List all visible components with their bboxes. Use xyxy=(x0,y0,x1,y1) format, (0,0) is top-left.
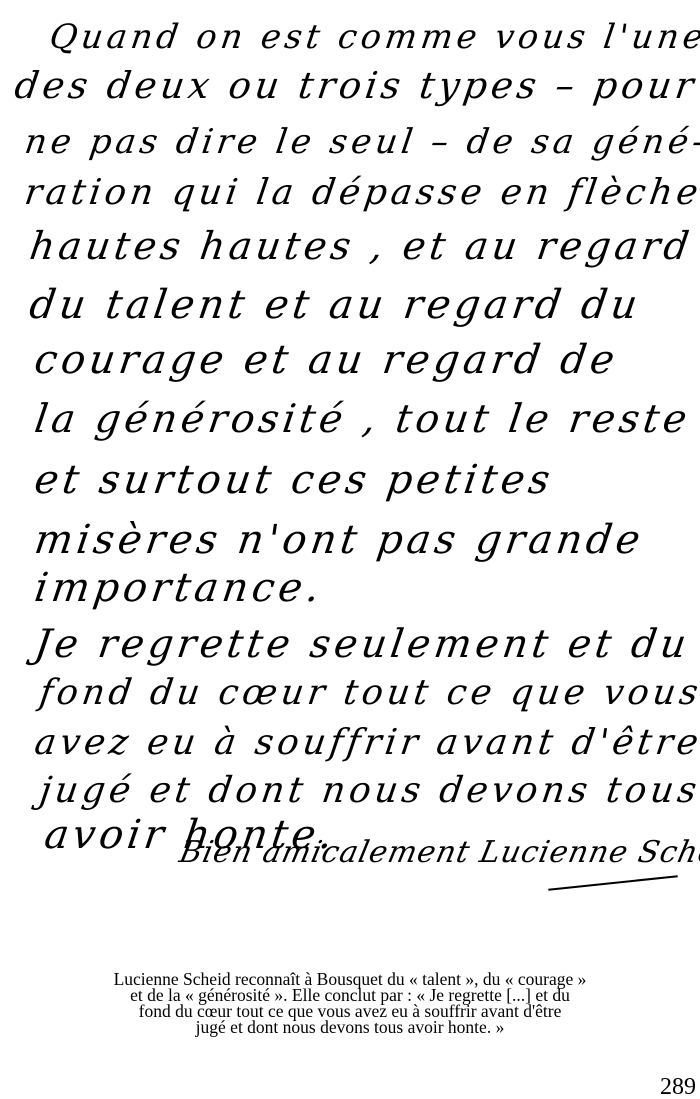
page-number: 289 xyxy=(660,1074,696,1099)
signature-underline xyxy=(548,875,677,891)
letter-line: Quand on est comme vous l'une xyxy=(48,20,700,54)
letter-line: et surtout ces petites xyxy=(32,460,556,500)
letter-line: avez eu à souffrir avant d'être xyxy=(32,725,700,761)
letter-line: hautes hautes , et au regard xyxy=(27,228,695,266)
letter-line: fond du cœur tout ce que vous xyxy=(38,675,700,710)
caption: Lucienne Scheid reconnaît à Bousquet du … xyxy=(0,971,700,1035)
letter-line: ne pas dire le seul – de sa géné- xyxy=(23,125,700,159)
letter-line: misères n'ont pas grande xyxy=(32,520,646,560)
letter-line: ration qui la dépasse en flèche xyxy=(23,175,700,211)
handwritten-letter: Quand on est comme vous l'une des deux o… xyxy=(0,0,700,900)
letter-line: jugé et dont nous devons tous xyxy=(37,773,700,809)
letter-line: courage et au regard de xyxy=(32,340,621,380)
caption-line: jugé et dont nous devons tous avoir hont… xyxy=(0,1019,700,1035)
letter-line: importance. xyxy=(32,568,326,608)
letter-line: des deux ou trois types – pour xyxy=(12,68,699,105)
signature: Bien amicalement Lucienne Scheid xyxy=(176,835,700,870)
letter-line: la générosité , tout le reste xyxy=(32,400,693,439)
letter-line: du talent et au regard du xyxy=(27,285,643,325)
letter-line: Je regrette seulement et du xyxy=(32,625,692,664)
